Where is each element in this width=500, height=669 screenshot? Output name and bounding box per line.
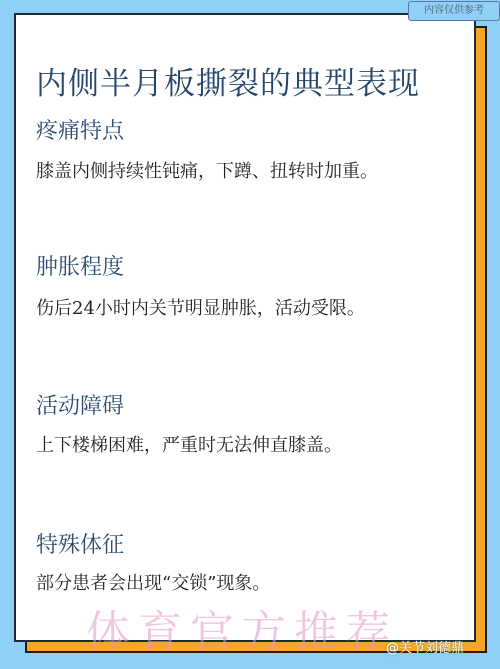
page-title: 内侧半月板撕裂的典型表现 bbox=[36, 58, 420, 103]
author-watermark: @关节刘德鼎 bbox=[386, 637, 464, 656]
section-heading-mobility: 活动障碍 bbox=[36, 389, 124, 420]
overlay-watermark: 体育官方推荐 bbox=[86, 596, 398, 660]
section-body-swelling: 伤后24小时内关节明显肿胀，活动受限。 bbox=[36, 294, 365, 320]
section-heading-swelling: 肿胀程度 bbox=[36, 250, 124, 281]
section-body-pain: 膝盖内侧持续性钝痛，下蹲、扭转时加重。 bbox=[36, 157, 378, 183]
section-heading-pain: 疼痛特点 bbox=[36, 114, 124, 145]
section-heading-special-signs: 特殊体征 bbox=[36, 528, 124, 559]
section-body-mobility: 上下楼梯困难，严重时无法伸直膝盖。 bbox=[36, 431, 342, 457]
section-body-special-signs: 部分患者会出现“交锁”现象。 bbox=[36, 569, 270, 595]
disclaimer-tag: 内容仅供参考 bbox=[408, 1, 500, 21]
